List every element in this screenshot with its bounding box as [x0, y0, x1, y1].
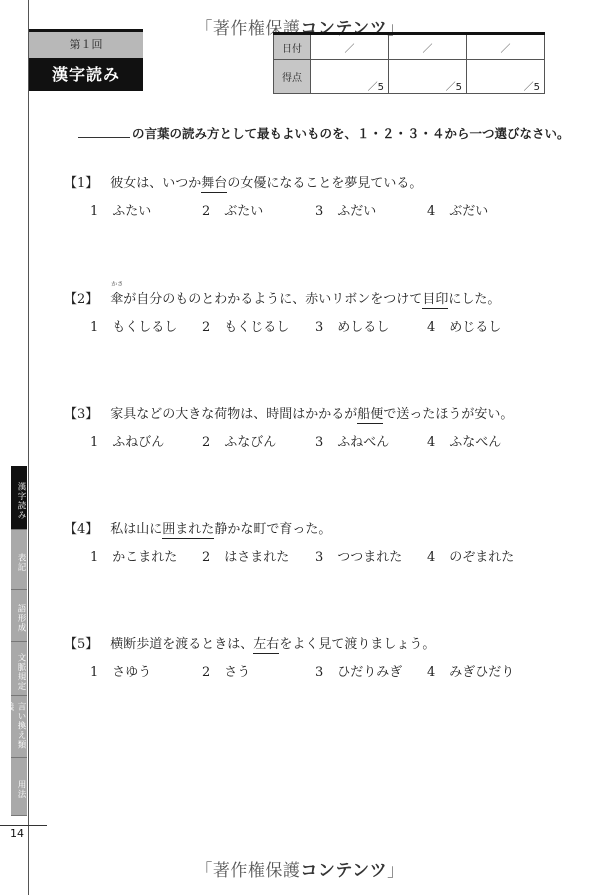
option-2[interactable]: 2はさまれた: [202, 546, 289, 565]
option-2[interactable]: 2ふなびん: [202, 431, 276, 450]
tab-kanji-reading[interactable]: 漢字読み: [11, 466, 27, 530]
date-cell-2[interactable]: ／: [389, 34, 467, 60]
target-word: 目印: [422, 292, 448, 309]
option-3[interactable]: 3ふねべん: [315, 431, 389, 450]
option-3[interactable]: 3めしるし: [315, 316, 389, 335]
question-5: 【5】横断歩道を渡るときは、左右をよく見て渡りましょう。 1さゆう 2さう 3ひ…: [64, 633, 435, 652]
option-4[interactable]: 4めじるし: [427, 316, 501, 335]
target-word: 船便: [357, 407, 383, 424]
score-cell-1[interactable]: ／5: [311, 60, 389, 94]
tab-paraphrase[interactable]: 言い換え類義: [11, 696, 27, 758]
option-4[interactable]: 4みぎひだり: [427, 661, 514, 680]
option-4[interactable]: 4ふなべん: [427, 431, 501, 450]
option-2[interactable]: 2ぶたい: [202, 200, 263, 219]
option-1[interactable]: 1かこまれた: [90, 546, 177, 565]
target-word: 囲まれた: [162, 522, 214, 539]
watermark-bottom: 「著作権保護コンテンツ」: [0, 856, 600, 881]
question-3: 【3】家具などの大きな荷物は、時間はかかるが船便で送ったほうが安い。 1ふねびん…: [64, 403, 513, 422]
score-label: 得点: [274, 60, 311, 94]
page-number: 14: [10, 827, 24, 840]
option-1[interactable]: 1ふねびん: [90, 431, 164, 450]
question-2: 【2】かさ傘が自分のものとわかるように、赤いリボンをつけて目印にした。 1もくし…: [64, 288, 500, 307]
question-4: 【4】私は山に囲まれた静かな町で育った。 1かこまれた 2はさまれた 3つつまれ…: [64, 518, 331, 537]
option-3[interactable]: 3ひだりみぎ: [315, 661, 402, 680]
tab-context[interactable]: 文脈規定: [11, 642, 27, 696]
page-number-rule: [0, 825, 47, 826]
option-4[interactable]: 4のぞまれた: [427, 546, 514, 565]
score-cell-3[interactable]: ／5: [467, 60, 545, 94]
tab-word-formation[interactable]: 語形成: [11, 590, 27, 642]
option-4[interactable]: 4ぶだい: [427, 200, 488, 219]
option-2[interactable]: 2もくじるし: [202, 316, 289, 335]
ruby-word: かさ傘: [110, 288, 123, 307]
lesson-header: 第１回 漢字読み: [29, 29, 143, 91]
date-cell-1[interactable]: ／: [311, 34, 389, 60]
option-3[interactable]: 3ふだい: [315, 200, 376, 219]
option-3[interactable]: 3つつまれた: [315, 546, 402, 565]
option-1[interactable]: 1さゆう: [90, 661, 151, 680]
question-1: 【1】彼女は、いつか舞台の女優になることを夢見ている。 1ふたい 2ぶたい 3ふ…: [64, 172, 422, 191]
instructions: の言葉の読み方として最もよいものを、１・２・３・４から一つ選びなさい。: [78, 124, 570, 142]
option-2[interactable]: 2さう: [202, 661, 250, 680]
target-word: 左右: [253, 637, 279, 654]
tab-usage[interactable]: 用法: [11, 758, 27, 816]
date-label: 日付: [274, 34, 311, 60]
section-tabs: 漢字読み 表記 語形成 文脈規定 言い換え類義 用法: [11, 466, 27, 816]
underline-blank: [78, 125, 130, 138]
lesson-number: 第１回: [29, 29, 143, 58]
lesson-title: 漢字読み: [29, 58, 143, 91]
score-table: 日付 ／ ／ ／ 得点 ／5 ／5 ／5: [273, 32, 545, 94]
date-cell-3[interactable]: ／: [467, 34, 545, 60]
tab-notation[interactable]: 表記: [11, 530, 27, 590]
target-word: 舞台: [201, 176, 227, 193]
option-1[interactable]: 1ふたい: [90, 200, 151, 219]
score-cell-2[interactable]: ／5: [389, 60, 467, 94]
option-1[interactable]: 1もくしるし: [90, 316, 177, 335]
page-margin-line: [28, 0, 29, 895]
